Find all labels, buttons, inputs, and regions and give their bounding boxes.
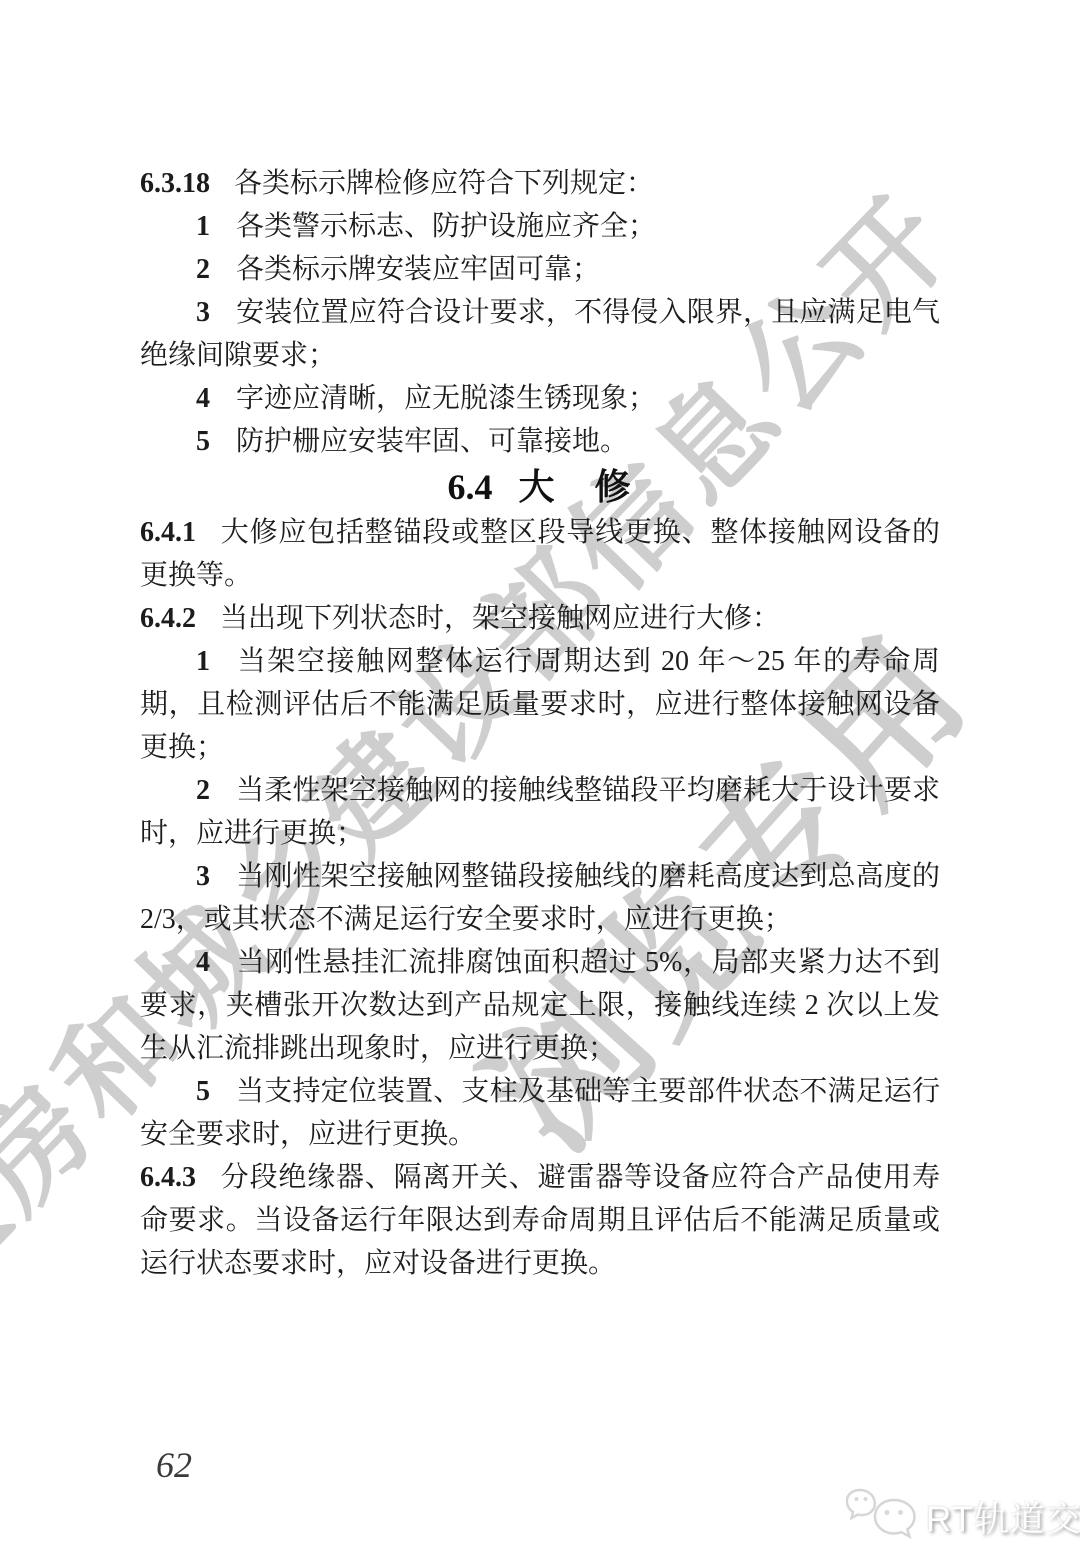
list-item: 2当柔性架空接触网的接触线整锚段平均磨耗大于设计要求时，应进行更换； [140, 769, 940, 855]
item-number: 3 [196, 297, 210, 328]
section-number: 6.4 [447, 467, 492, 507]
item-text: 各类标示牌安装应牢固可靠； [236, 254, 600, 285]
footer-brand: RT轨道交通 [846, 1486, 1080, 1548]
item-text: 字迹应清晰，应无脱漆生锈现象； [236, 383, 656, 414]
list-item: 4当刚性悬挂汇流排腐蚀面积超过 5%，局部夹紧力达不到要求，夹槽张开次数达到产品… [140, 941, 940, 1070]
clause-number: 6.4.2 [140, 603, 196, 634]
clause-text: 分段绝缘器、隔离开关、避雷器等设备应符合产品使用寿命要求。当设备运行年限达到寿命… [140, 1162, 940, 1279]
item-text: 当柔性架空接触网的接触线整锚段平均磨耗大于设计要求时，应进行更换； [140, 775, 940, 849]
item-number: 2 [196, 254, 210, 285]
list-item: 2各类标示牌安装应牢固可靠； [140, 248, 940, 291]
clause-text: 各类标示牌检修应符合下列规定： [234, 168, 654, 199]
list-item: 1各类警示标志、防护设施应齐全； [140, 205, 940, 248]
clause-text: 当出现下列状态时，架空接触网应进行大修： [220, 603, 780, 634]
clause-number: 6.4.1 [140, 517, 196, 548]
page-number: 62 [156, 1444, 192, 1486]
clause-6-4-2: 6.4.2当出现下列状态时，架空接触网应进行大修： [140, 597, 940, 640]
item-number: 1 [196, 211, 210, 242]
item-number: 2 [196, 775, 210, 806]
clause-number: 6.3.18 [140, 168, 210, 199]
list-item: 3当刚性架空接触网整锚段接触线的磨耗高度达到总高度的 2/3，或其状态不满足运行… [140, 855, 940, 941]
wechat-icon [846, 1486, 926, 1548]
list-item: 5当支持定位装置、支柱及基础等主要部件状态不满足运行安全要求时，应进行更换。 [140, 1070, 940, 1156]
list-item: 3安装位置应符合设计要求，不得侵入限界，且应满足电气绝缘间隙要求； [140, 291, 940, 377]
list-item: 4字迹应清晰，应无脱漆生锈现象； [140, 377, 940, 420]
clause-6-3-18: 6.3.18各类标示牌检修应符合下列规定： [140, 162, 940, 205]
list-item: 1当架空接触网整体运行周期达到 20 年～25 年的寿命周期，且检测评估后不能满… [140, 640, 940, 769]
document-body: 6.3.18各类标示牌检修应符合下列规定： 1各类警示标志、防护设施应齐全； 2… [140, 162, 940, 1285]
item-text: 安装位置应符合设计要求，不得侵入限界，且应满足电气绝缘间隙要求； [140, 297, 940, 371]
item-text: 防护栅应安装牢固、可靠接地。 [236, 426, 628, 457]
item-text: 当刚性悬挂汇流排腐蚀面积超过 5%，局部夹紧力达不到要求，夹槽张开次数达到产品规… [140, 947, 940, 1064]
clause-text: 大修应包括整锚段或整区段导线更换、整体接触网设备的更换等。 [140, 517, 940, 591]
item-number: 5 [196, 426, 210, 457]
item-number: 5 [196, 1076, 210, 1107]
item-text: 当架空接触网整体运行周期达到 20 年～25 年的寿命周期，且检测评估后不能满足… [140, 646, 940, 763]
document-page: 住房和城乡建设部信息公开 浏览专用 6.3.18各类标示牌检修应符合下列规定： … [0, 0, 1080, 1563]
item-text: 当刚性架空接触网整锚段接触线的磨耗高度达到总高度的 2/3，或其状态不满足运行安… [140, 861, 940, 935]
item-text: 当支持定位装置、支柱及基础等主要部件状态不满足运行安全要求时，应进行更换。 [140, 1076, 940, 1150]
item-number: 3 [196, 861, 210, 892]
item-number: 4 [196, 947, 210, 978]
clause-number: 6.4.3 [140, 1162, 196, 1193]
clause-6-4-3: 6.4.3分段绝缘器、隔离开关、避雷器等设备应符合产品使用寿命要求。当设备运行年… [140, 1156, 940, 1285]
item-text: 各类警示标志、防护设施应齐全； [236, 211, 656, 242]
section-title: 大 修 [518, 466, 632, 507]
brand-text: RT轨道交通 [926, 1492, 1080, 1542]
section-heading: 6.4大 修 [140, 463, 940, 511]
item-number: 4 [196, 383, 210, 414]
clause-6-4-1: 6.4.1大修应包括整锚段或整区段导线更换、整体接触网设备的更换等。 [140, 511, 940, 597]
item-number: 1 [196, 646, 210, 677]
list-item: 5防护栅应安装牢固、可靠接地。 [140, 420, 940, 463]
